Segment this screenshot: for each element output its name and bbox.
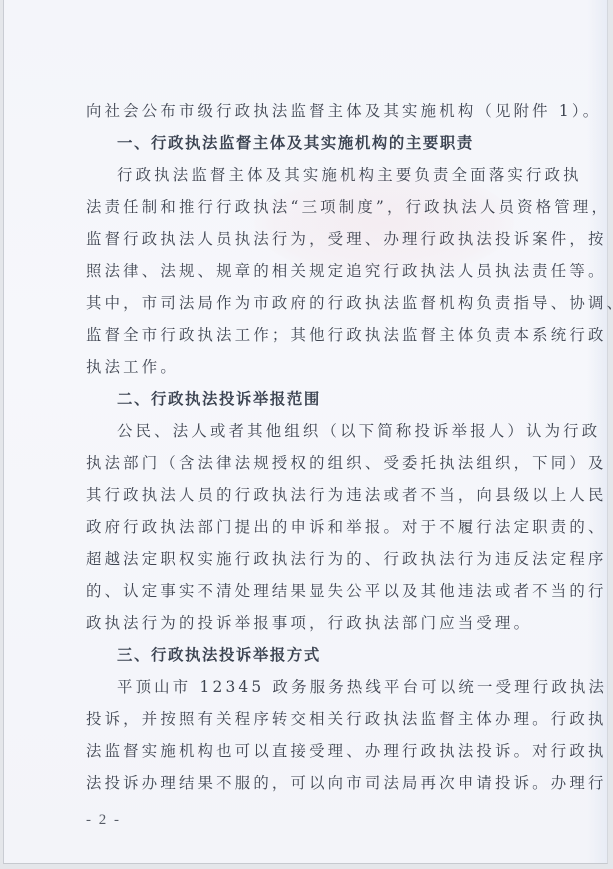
body-line: 公民、法人或者其他组织（以下简称投诉举报人）认为行政: [86, 416, 546, 446]
body-line: 的、认定事实不清处理结果显失公平以及其他违法或者不当的行: [86, 576, 546, 606]
section-heading-2: 二、行政执法投诉举报范围: [86, 384, 546, 414]
body-line: 超越法定职权实施行政执法行为的、行政执法行为违反法定程序: [86, 544, 546, 574]
body-line: 执法部门（含法律法规授权的组织、受委托执法组织，下同）及: [86, 448, 546, 478]
section-heading-1: 一、行政执法监督主体及其实施机构的主要职责: [86, 128, 546, 158]
body-line: 法监督实施机构也可以直接受理、办理行政执法投诉。对行政执: [86, 736, 546, 766]
body-line: 监督行政执法人员执法行为，受理、办理行政执法投诉案件，按: [86, 224, 546, 254]
body-line: 法投诉办理结果不服的，可以向市司法局再次申请投诉。办理行: [86, 768, 546, 798]
body-line: 执法工作。: [86, 352, 546, 382]
body-line: 监督全市行政执法工作；其他行政执法监督主体负责本系统行政: [86, 320, 546, 350]
document-page: 向社会公布市级行政执法监督主体及其实施机构（见附件 1）。 一、行政执法监督主体…: [3, 0, 608, 864]
body-line: 行政执法监督主体及其实施机构主要负责全面落实行政执: [86, 160, 546, 190]
body-line: 照法律、法规、规章的相关规定追究行政执法人员执法责任等。: [86, 256, 546, 286]
page-number: - 2 -: [86, 810, 121, 830]
body-line: 其中，市司法局作为市政府的行政执法监督机构负责指导、协调、: [86, 288, 546, 318]
body-line: 平顶山市 12345 政务服务热线平台可以统一受理行政执法: [86, 672, 546, 702]
section-heading-3: 三、行政执法投诉举报方式: [86, 640, 546, 670]
body-line: 其行政执法人员的行政执法行为违法或者不当，向县级以上人民: [86, 480, 546, 510]
body-line: 向社会公布市级行政执法监督主体及其实施机构（见附件 1）。: [86, 96, 546, 126]
body-line: 政执法行为的投诉举报事项，行政执法部门应当受理。: [86, 608, 546, 638]
body-line: 投诉，并按照有关程序转交相关行政执法监督主体办理。行政执: [86, 704, 546, 734]
body-line: 法责任制和推行行政执法“三项制度”，行政执法人员资格管理，: [86, 192, 546, 222]
body-line: 政府行政执法部门提出的申诉和举报。对于不履行法定职责的、: [86, 512, 546, 542]
